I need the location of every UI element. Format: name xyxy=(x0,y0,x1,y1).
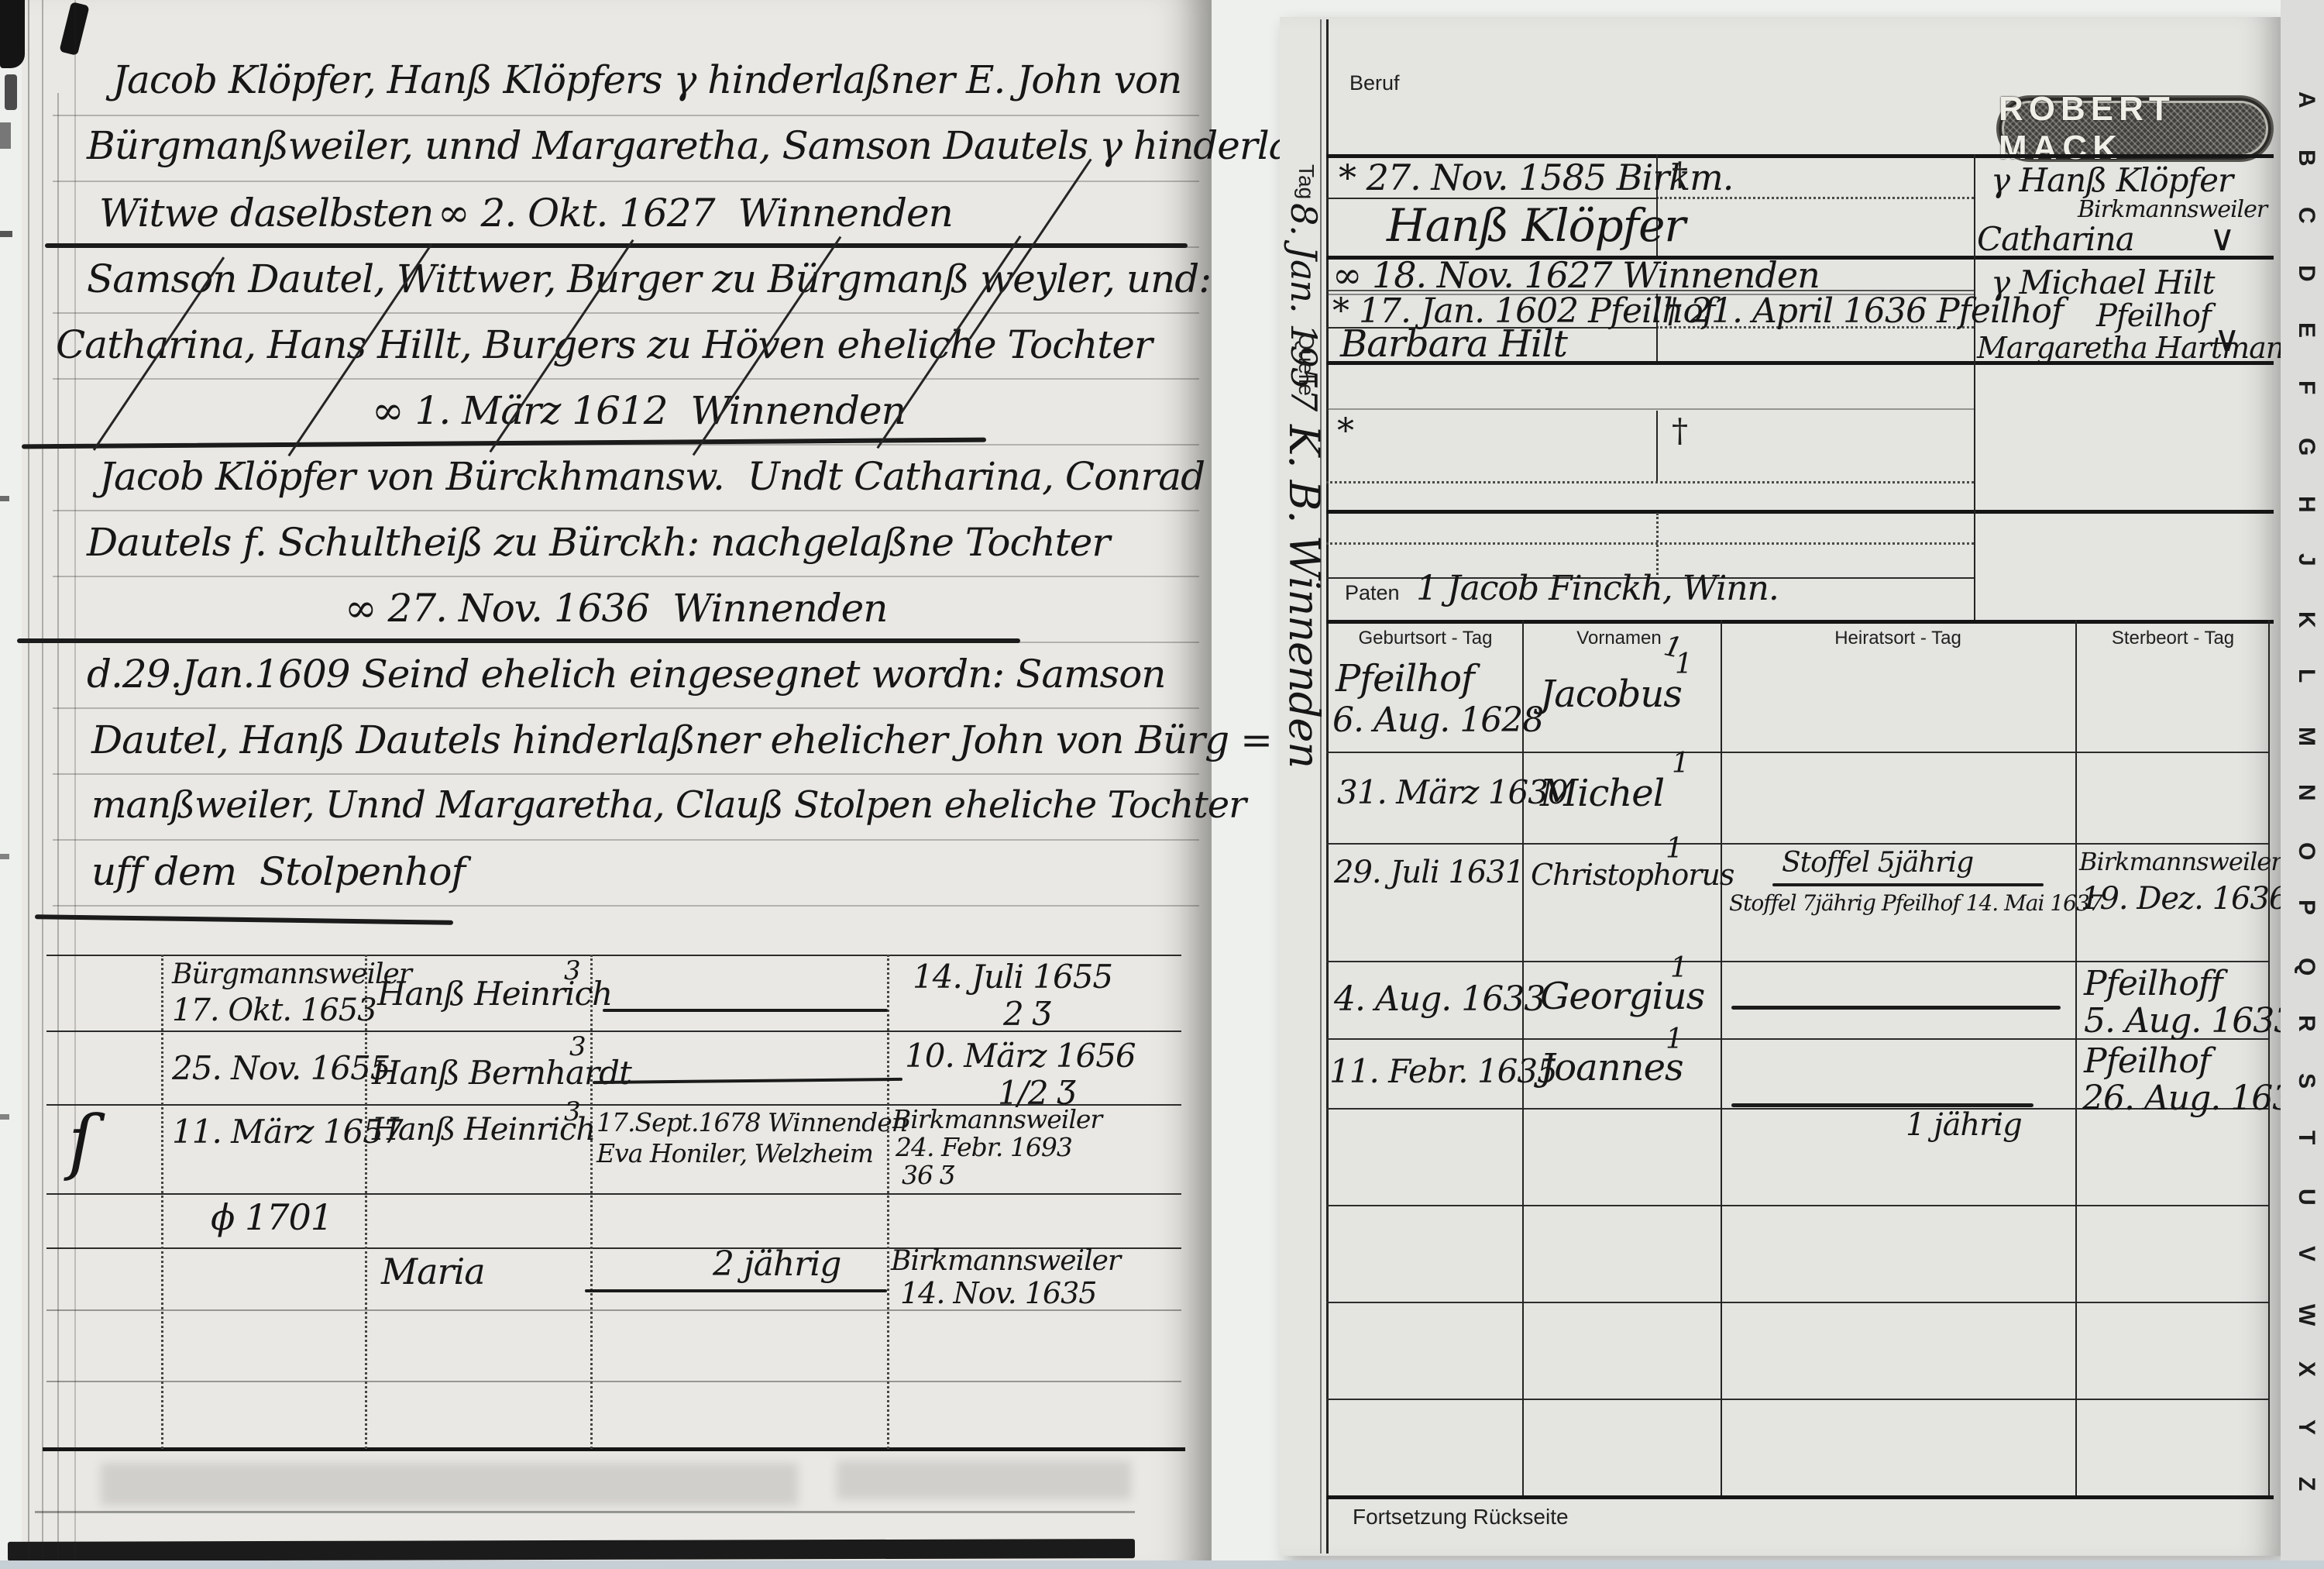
husband-name: Hanß Klöpfer xyxy=(1387,203,1685,248)
ancestry-divider xyxy=(1974,154,1975,620)
child-birth-date: 6. Aug. 1628 xyxy=(1332,704,1543,738)
birth-date: 11. März 1657 xyxy=(172,1116,403,1148)
index-letter: B xyxy=(2293,150,2319,167)
table-column-divider xyxy=(590,955,593,1449)
entry-line: Jacob Klöpfer, Hanß Klöpfers γ hinderlaß… xyxy=(112,60,1181,99)
table-column-divider xyxy=(161,955,163,1449)
margin-mark: ſ xyxy=(68,1106,94,1178)
child-number: 1 xyxy=(1666,835,1683,863)
check-mark: ∨ xyxy=(2209,220,2235,256)
scan-artifact xyxy=(5,74,17,110)
entry-line: Dautel, Hanß Dautels hinderlaßner ehelic… xyxy=(91,721,1272,759)
index-letter: D xyxy=(2293,265,2319,282)
death-date: 24. Febr. 1693 xyxy=(896,1134,1072,1160)
page-stack-edge xyxy=(28,0,29,1569)
column-header-sterbeort: Sterbeort - Tag xyxy=(2084,629,2262,648)
index-letter: A xyxy=(2293,91,2319,108)
child-number: 1 xyxy=(1670,955,1687,982)
table-line xyxy=(1326,843,2270,845)
table-line xyxy=(43,1447,1185,1451)
page-stack-edge xyxy=(74,0,76,1569)
child-name: Michel xyxy=(1540,775,1664,812)
entry-line-struck: ∞ 1. März 1612 Winnenden xyxy=(372,391,906,430)
index-letter: L xyxy=(2293,669,2319,683)
child-birth-date: 11. Febr. 1635 xyxy=(1329,1055,1557,1088)
table-line xyxy=(1326,1205,2270,1206)
husband-mother: Catharina xyxy=(1977,223,2134,256)
scan-artifact xyxy=(0,496,9,501)
continuation-note: Fortsetzung Rückseite xyxy=(1353,1506,1569,1528)
birth-place: Bürgmannsweiler xyxy=(172,961,411,989)
entry-line: uff dem Stolpenhof xyxy=(91,852,465,891)
child-death-place: Birkmannsweiler xyxy=(2079,849,2282,874)
index-letter: M xyxy=(2293,727,2319,746)
scanned-register-spread: Jacob Klöpfer, Hanß Klöpfers γ hinderlaß… xyxy=(0,0,2324,1569)
child-number: 1 xyxy=(1672,750,1689,778)
pen-line xyxy=(1772,883,2044,886)
table-column-divider xyxy=(2075,620,2077,1495)
scan-artifact xyxy=(0,231,12,237)
pen-line xyxy=(1731,1006,2061,1010)
scan-edge-strip xyxy=(0,1560,2324,1569)
child-death-date: 19. Dez. 1636 xyxy=(2081,883,2288,914)
entry-line: Jacob Klöpfer von Bürckhmansw. Undt Cath… xyxy=(99,457,1205,496)
child-death-place: Pfeilhoff xyxy=(2084,967,2222,1001)
page-stack-edge xyxy=(42,0,43,1557)
ruled-line xyxy=(53,839,1199,841)
quelle-value: K. B. Winnenden xyxy=(1283,425,1325,768)
husband-father: γ Hanß Klöpfer xyxy=(1991,164,2233,197)
ruled-line xyxy=(53,181,1199,182)
child-marriage-note: Stoffel 5jährig xyxy=(1782,849,1973,877)
scan-artifact xyxy=(0,122,11,149)
child-number: 1 xyxy=(1675,651,1692,679)
ruled-line xyxy=(53,115,1199,116)
form-divider xyxy=(1656,411,1658,482)
ruled-line xyxy=(53,378,1199,380)
index-letter: R xyxy=(2293,1015,2319,1032)
child-birth-place: Pfeilhof xyxy=(1336,660,1474,697)
child-death-place: Pfeilhof xyxy=(2084,1044,2210,1079)
margin-divider xyxy=(1326,19,1329,1554)
death-note: 2 Ʒ xyxy=(1003,998,1050,1031)
child-number: 1 xyxy=(1666,1026,1683,1054)
index-letter: W xyxy=(2293,1304,2319,1326)
form-dotted-line xyxy=(1326,481,1974,483)
child-name: Maria xyxy=(381,1254,485,1289)
table-line xyxy=(1326,1302,2270,1303)
child-name: Hanß Bernhardt xyxy=(372,1057,631,1089)
index-letter: Y xyxy=(2293,1419,2319,1435)
child-birth-date: 31. März 1630 xyxy=(1337,776,1568,809)
marriage-info: Eva Honiler, Welzheim xyxy=(596,1141,873,1166)
birth-date: 17. Okt. 1653 xyxy=(172,995,376,1026)
ruled-line xyxy=(53,576,1199,577)
husband-death-symbol: † xyxy=(1672,158,1688,191)
index-letter: E xyxy=(2293,322,2319,338)
tag-label: Tag xyxy=(1295,164,1317,199)
table-line xyxy=(46,955,1181,956)
index-letter: U xyxy=(2293,1189,2319,1206)
index-letter: T xyxy=(2293,1130,2319,1144)
index-letter: G xyxy=(2293,438,2319,456)
child-marriage-note: Stoffel 7jährig Pfeilhof 14. Mai 1637 xyxy=(1729,893,2102,914)
index-letter: C xyxy=(2293,207,2319,224)
index-letter: H xyxy=(2293,496,2319,513)
index-letter: Z xyxy=(2293,1477,2319,1491)
table-line xyxy=(1326,961,2270,962)
ruled-line xyxy=(53,905,1199,907)
ruled-line xyxy=(53,773,1199,775)
entry-line: Witwe daselbsten xyxy=(99,194,434,232)
child-birth-date: 4. Aug. 1633 xyxy=(1334,982,1545,1017)
scan-artifact xyxy=(0,1114,9,1120)
bleed-through-smudge xyxy=(101,1463,798,1505)
pen-underline xyxy=(17,638,1020,643)
child-name: Joannes xyxy=(1540,1049,1683,1086)
death-place: Birkmannsweiler xyxy=(891,1247,1120,1275)
death-date: 14. Juli 1655 xyxy=(913,961,1112,993)
owner-stamp: ROBERT MACK xyxy=(1999,98,2271,160)
beruf-label: Beruf xyxy=(1349,73,1400,94)
child-birth-date: 29. Juli 1631 xyxy=(1334,857,1524,888)
table-line xyxy=(1326,1399,2270,1400)
age-note: 2 jährig xyxy=(713,1247,841,1282)
form-line xyxy=(1326,510,2274,514)
entry-line-struck: Samson Dautel, Wittwer, Burger zu Bürgma… xyxy=(87,260,1211,298)
entry-line: Bürgmanßweiler, unnd Margaretha, Samson … xyxy=(87,126,1363,165)
table-line xyxy=(46,1381,1181,1382)
child-name: Christophorus xyxy=(1531,860,1734,889)
book-edge-bar xyxy=(8,1539,1135,1561)
entry-line: d.29.Jan.1609 Seind ehelich eingesegnet … xyxy=(87,655,1166,693)
index-letter: X xyxy=(2293,1361,2319,1377)
table-line xyxy=(1326,620,2274,624)
death-note: 36 Ʒ xyxy=(902,1162,954,1188)
scan-artifact xyxy=(0,0,25,68)
pen-line xyxy=(585,1289,887,1292)
entry-line: Dautels f. Schultheiß zu Bürckh: nachgel… xyxy=(87,523,1109,562)
paten-label: Paten xyxy=(1345,583,1400,604)
page-stack-edge xyxy=(57,93,59,1569)
table-line xyxy=(46,1193,1181,1195)
child-name: Jacobus xyxy=(1540,676,1682,713)
husband-father-place: Birkmannsweiler xyxy=(2078,198,2267,222)
child-number: 3 xyxy=(564,1099,580,1125)
entry-line: manßweiler, Unnd Margaretha, Clauß Stolp… xyxy=(91,786,1246,824)
marriage-info: 17.Sept.1678 Winnenden xyxy=(596,1110,907,1135)
entry-line-struck: Catharina, Hans Hillt, Burgers zu Höven … xyxy=(56,325,1152,364)
wife-name: Barbara Hilt xyxy=(1340,325,1567,363)
wife-mother: Margaretha Hartmann xyxy=(1977,333,2302,363)
table-column-divider xyxy=(365,955,367,1449)
wife-father-place: Pfeilhof xyxy=(2096,301,2211,332)
empty-death-symbol: † xyxy=(1672,415,1688,447)
quelle-label: Quelle xyxy=(1295,333,1317,396)
birth-date: 25. Nov. 1655 xyxy=(172,1052,390,1085)
ruled-line xyxy=(53,312,1199,314)
death-place: Birkmannsweiler xyxy=(892,1106,1102,1132)
death-date: 10. März 1656 xyxy=(905,1040,1136,1072)
index-letter: Q xyxy=(2293,958,2319,975)
death-date: 14. Nov. 1635 xyxy=(900,1278,1096,1308)
table-column-divider xyxy=(1721,620,1722,1495)
wife-father: γ Michael Hilt xyxy=(1991,267,2215,299)
index-letter: O xyxy=(2293,842,2319,860)
child-number: 3 xyxy=(569,1034,586,1060)
form-dotted-line xyxy=(1326,542,1974,545)
index-letter: K xyxy=(2293,611,2319,628)
ruled-line xyxy=(53,510,1199,511)
child-death-date: 26. Aug. 1635 xyxy=(2082,1082,2314,1116)
pen-line xyxy=(603,1009,888,1012)
table-column-divider xyxy=(887,955,889,1449)
index-letter: V xyxy=(2293,1246,2319,1261)
index-letter: F xyxy=(2293,380,2319,394)
index-letter: S xyxy=(2293,1073,2319,1089)
table-right-border xyxy=(2268,620,2270,1495)
index-letter: N xyxy=(2293,784,2319,801)
entry-line: ∞ 2. Okt. 1627 Winnenden xyxy=(438,194,953,232)
table-line xyxy=(1326,1495,2274,1499)
bleed-through-smudge xyxy=(837,1461,1131,1499)
column-header-geburtsort: Geburtsort - Tag xyxy=(1340,629,1511,648)
empty-birth-symbol: * xyxy=(1337,415,1353,449)
child-number: 3 xyxy=(564,958,580,984)
child-name: Hanß Heinrich xyxy=(372,1114,595,1145)
annotation: ϕ 1701 xyxy=(211,1199,332,1235)
scan-artifact xyxy=(0,854,9,859)
index-letter: J xyxy=(2293,553,2319,566)
child-death-date: 5. Aug. 1633 xyxy=(2084,1004,2295,1038)
page-edge-line xyxy=(35,1511,1135,1513)
child-age-note: 1 jährig xyxy=(1906,1110,2022,1141)
index-letter: P xyxy=(2293,900,2319,915)
form-line xyxy=(1326,408,1974,410)
paten-value: 1 Jacob Finckh, Winn. xyxy=(1416,572,1779,606)
table-line xyxy=(1326,752,2270,753)
marriage-entry: ∞ 18. Nov. 1627 Winnenden xyxy=(1332,257,1820,293)
column-header-heiratsort: Heiratsort - Tag xyxy=(1782,629,2014,648)
ruled-line xyxy=(53,707,1199,709)
entry-line: ∞ 27. Nov. 1636 Winnenden xyxy=(345,589,887,628)
